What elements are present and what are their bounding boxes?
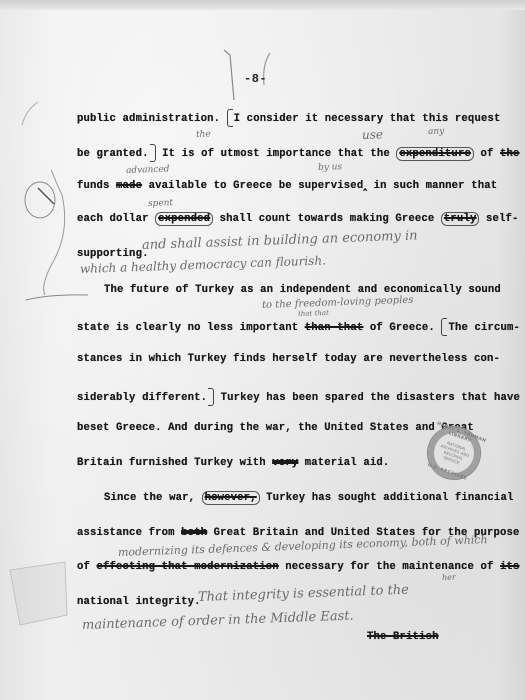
line-text: necessary for the maintenance of [279,561,500,573]
handwritten-insert-that-that: that that [298,309,329,318]
line-text: I consider it necessary that this reques… [234,113,501,125]
line-text: The circum- [448,322,520,334]
open-bracket-mark [227,109,233,127]
typed-line-1: public administration. I consider it nec… [77,109,500,127]
line-text: The future of Turkey as an independent a… [104,284,501,296]
open-bracket-mark [441,318,447,336]
line-text: state is clearly no less important [77,322,305,334]
margin-circled-x-icon [10,170,90,310]
margin-pencil-box [5,560,75,630]
line-text: of Greece. [363,322,441,334]
margin-pencil-line [20,100,50,130]
typed-line-8: stances in which Turkey finds herself to… [77,353,500,365]
struck-word: made [116,180,142,192]
typed-line-7: state is clearly no less important than … [77,318,520,336]
line-text: siderably different. [77,392,207,404]
struck-words: The British [367,631,439,643]
page-top-shadow [0,0,525,10]
line-text: assistance from [77,527,181,539]
typed-line-12: Since the war, however, Turkey has sough… [104,492,513,504]
handwritten-addition-line-1: and shall assist in building an economy … [142,228,418,253]
line-text: stances in which Turkey finds herself to… [77,353,500,365]
handwritten-insert-use: use [362,127,383,142]
struck-word: its [500,561,520,573]
circled-struck-word: truly [441,212,480,226]
line-text: be granted. [77,148,149,160]
line-text: public administration. [77,113,227,125]
circled-struck-word: expended [155,212,213,226]
struck-words: than that [305,322,364,334]
typed-line-6: The future of Turkey as an independent a… [104,284,501,296]
typed-line-16: The British [367,631,439,643]
scribbled-word: very [272,457,298,469]
line-text: beset Greece. And during the war, the Un… [77,422,474,434]
handwritten-insert-by-us: by us [318,162,342,173]
handwritten-insert-the: the [196,129,211,140]
line-text: material aid. [298,457,389,469]
typed-line-14: of effecting that modernization necessar… [77,561,520,573]
line-text: of [474,148,500,160]
handwritten-insert-freedom-loving: to the freedom-loving peoples [262,295,414,311]
typed-line-4: each dollar expended shall count towards… [77,213,519,225]
line-text: Turkey has sought additional financial [260,492,514,504]
line-text: in such manner that [367,180,497,192]
typed-line-10: beset Greece. And during the war, the Un… [77,422,474,434]
circled-struck-word: expenditure [396,147,474,161]
scribbled-word: both [181,527,207,539]
line-text: available to Greece be supervised [142,180,363,192]
typed-line-3: funds made available to Greece be superv… [77,179,497,192]
typed-line-9: siderably different. Turkey has been spa… [77,388,520,406]
caret-mark: ‸ [363,180,367,192]
line-text: Since the war, [104,492,202,504]
handwritten-insert-spent: spent [148,198,173,209]
typed-line-15: national integrity. [77,596,201,608]
line-text: Britain furnished Turkey with [77,457,272,469]
handwritten-insert-any: any [428,126,445,137]
page-number: -8- [244,72,267,86]
typed-line-11: Britain furnished Turkey with very mater… [77,457,389,469]
struck-word: the [500,148,520,160]
line-text: shall count towards making Greece [213,213,441,225]
typed-line-2: be granted. It is of utmost importance t… [77,144,520,162]
line-text: It is of utmost importance that the [156,148,397,160]
handwritten-addition-integrity-2: maintenance of order in the Middle East. [82,609,354,633]
circled-struck-word: however, [202,491,260,505]
scanned-document-page: -8- public administration. I consider it… [0,0,525,700]
line-text: of [77,561,97,573]
line-text: national integrity. [77,596,201,608]
handwritten-insert-her: her [442,573,456,582]
struck-words: effecting that modernization [97,561,279,573]
line-text: Turkey has been spared the disasters tha… [214,392,520,404]
handwritten-addition-integrity-1: That integrity is essential to the [198,583,409,605]
line-text: self- [479,213,518,225]
handwritten-insert-advanced: advanced [126,164,170,176]
